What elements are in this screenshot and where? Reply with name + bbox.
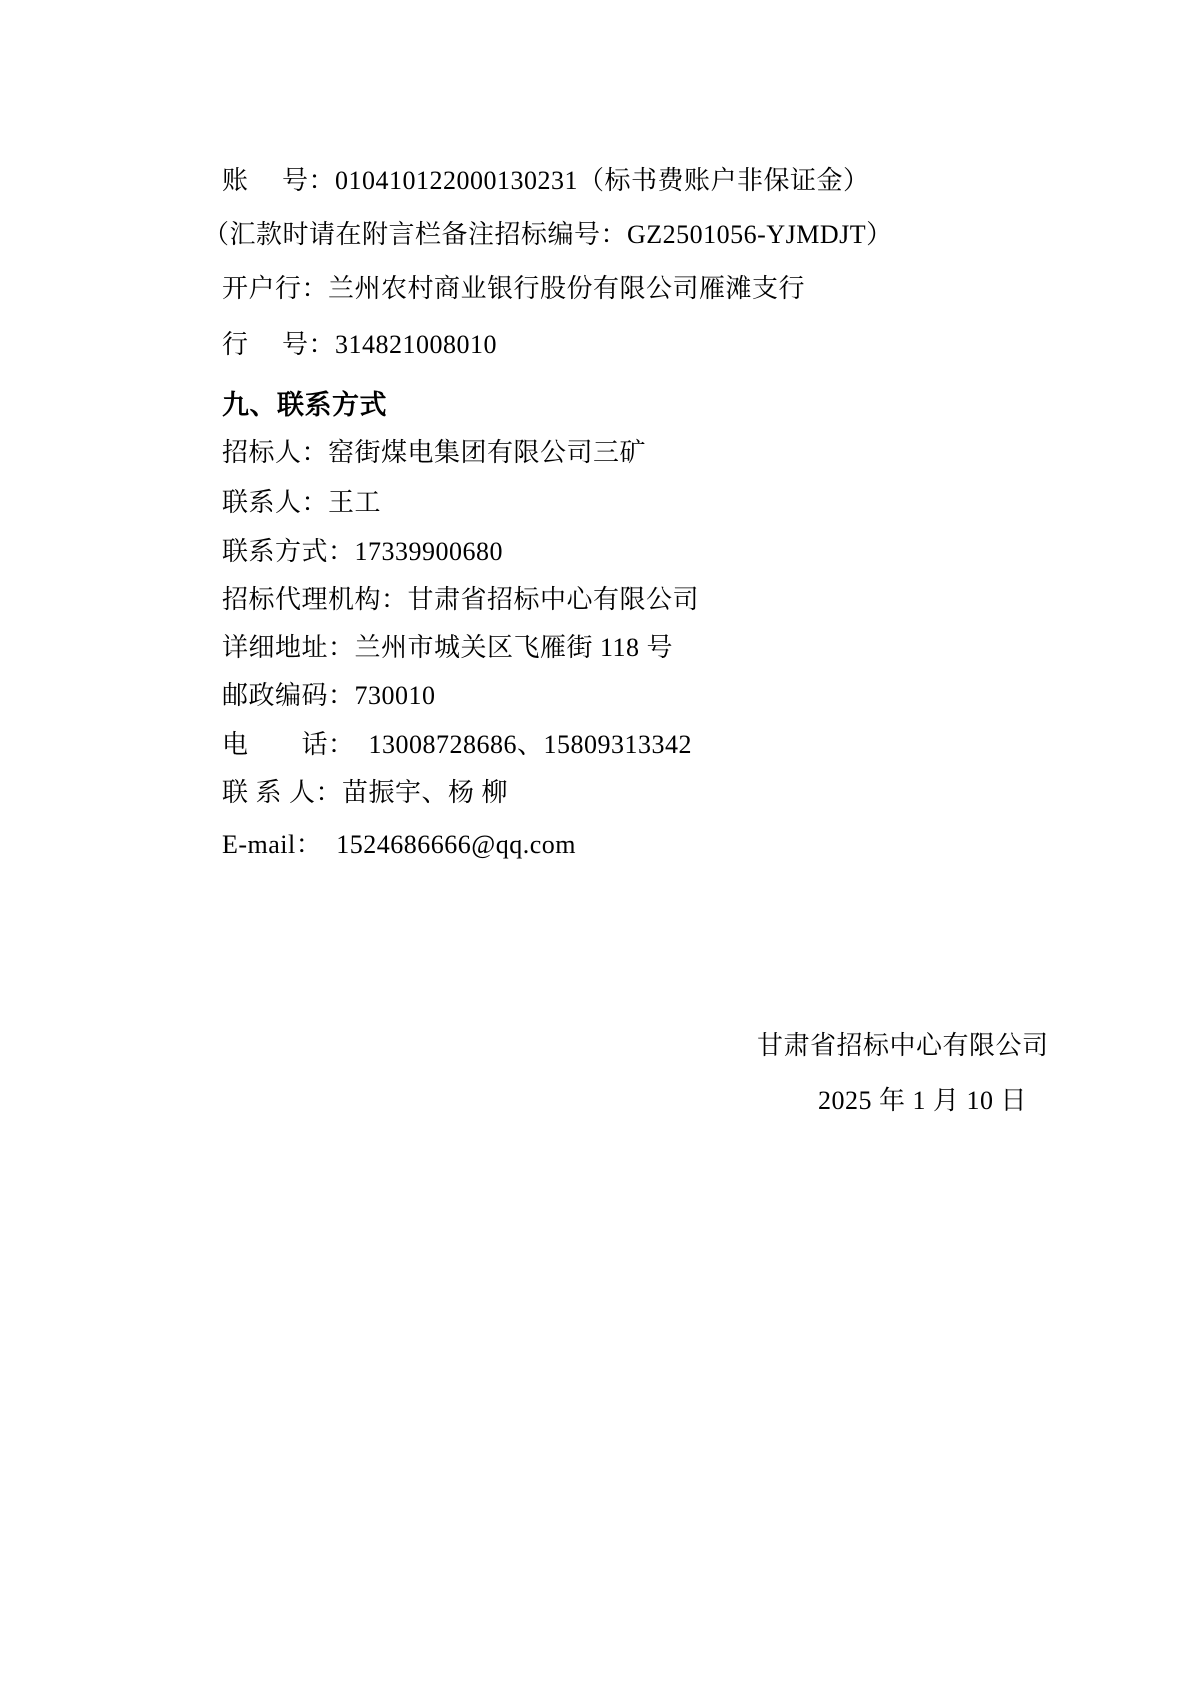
contact-section-heading: 九、联系方式: [222, 390, 387, 420]
tenderer-line: 招标人：窑街煤电集团有限公司三矿: [222, 438, 646, 468]
contact-person-line: 联系人：王工: [222, 488, 381, 518]
signature-date: 2025 年 1 月 10 日: [818, 1086, 1027, 1116]
agency-line: 招标代理机构：甘肃省招标中心有限公司: [222, 585, 699, 615]
bank-name-line: 开户行：兰州农村商业银行股份有限公司雁滩支行: [222, 274, 805, 304]
remittance-note-line: （汇款时请在附言栏备注招标编号：GZ2501056-YJMDJT）: [203, 220, 893, 250]
postcode-line: 邮政编码：730010: [222, 681, 436, 711]
address-line: 详细地址：兰州市城关区飞雁街 118 号: [222, 633, 673, 663]
signature-company: 甘肃省招标中心有限公司: [757, 1031, 1049, 1061]
bank-number-line: 行 号：314821008010: [222, 330, 497, 360]
account-number-line: 账 号：010410122000130231（标书费账户非保证金）: [222, 166, 870, 196]
contact-phone-line: 联系方式：17339900680: [222, 537, 503, 567]
email-line: E-mail： 1524686666@qq.com: [222, 830, 576, 860]
document-page: 账 号：010410122000130231（标书费账户非保证金） （汇款时请在…: [0, 0, 1191, 1684]
telephone-line: 电 话： 13008728686、15809313342: [222, 730, 692, 760]
agency-contacts-line: 联 系 人：苗振宇、杨 柳: [222, 778, 508, 808]
